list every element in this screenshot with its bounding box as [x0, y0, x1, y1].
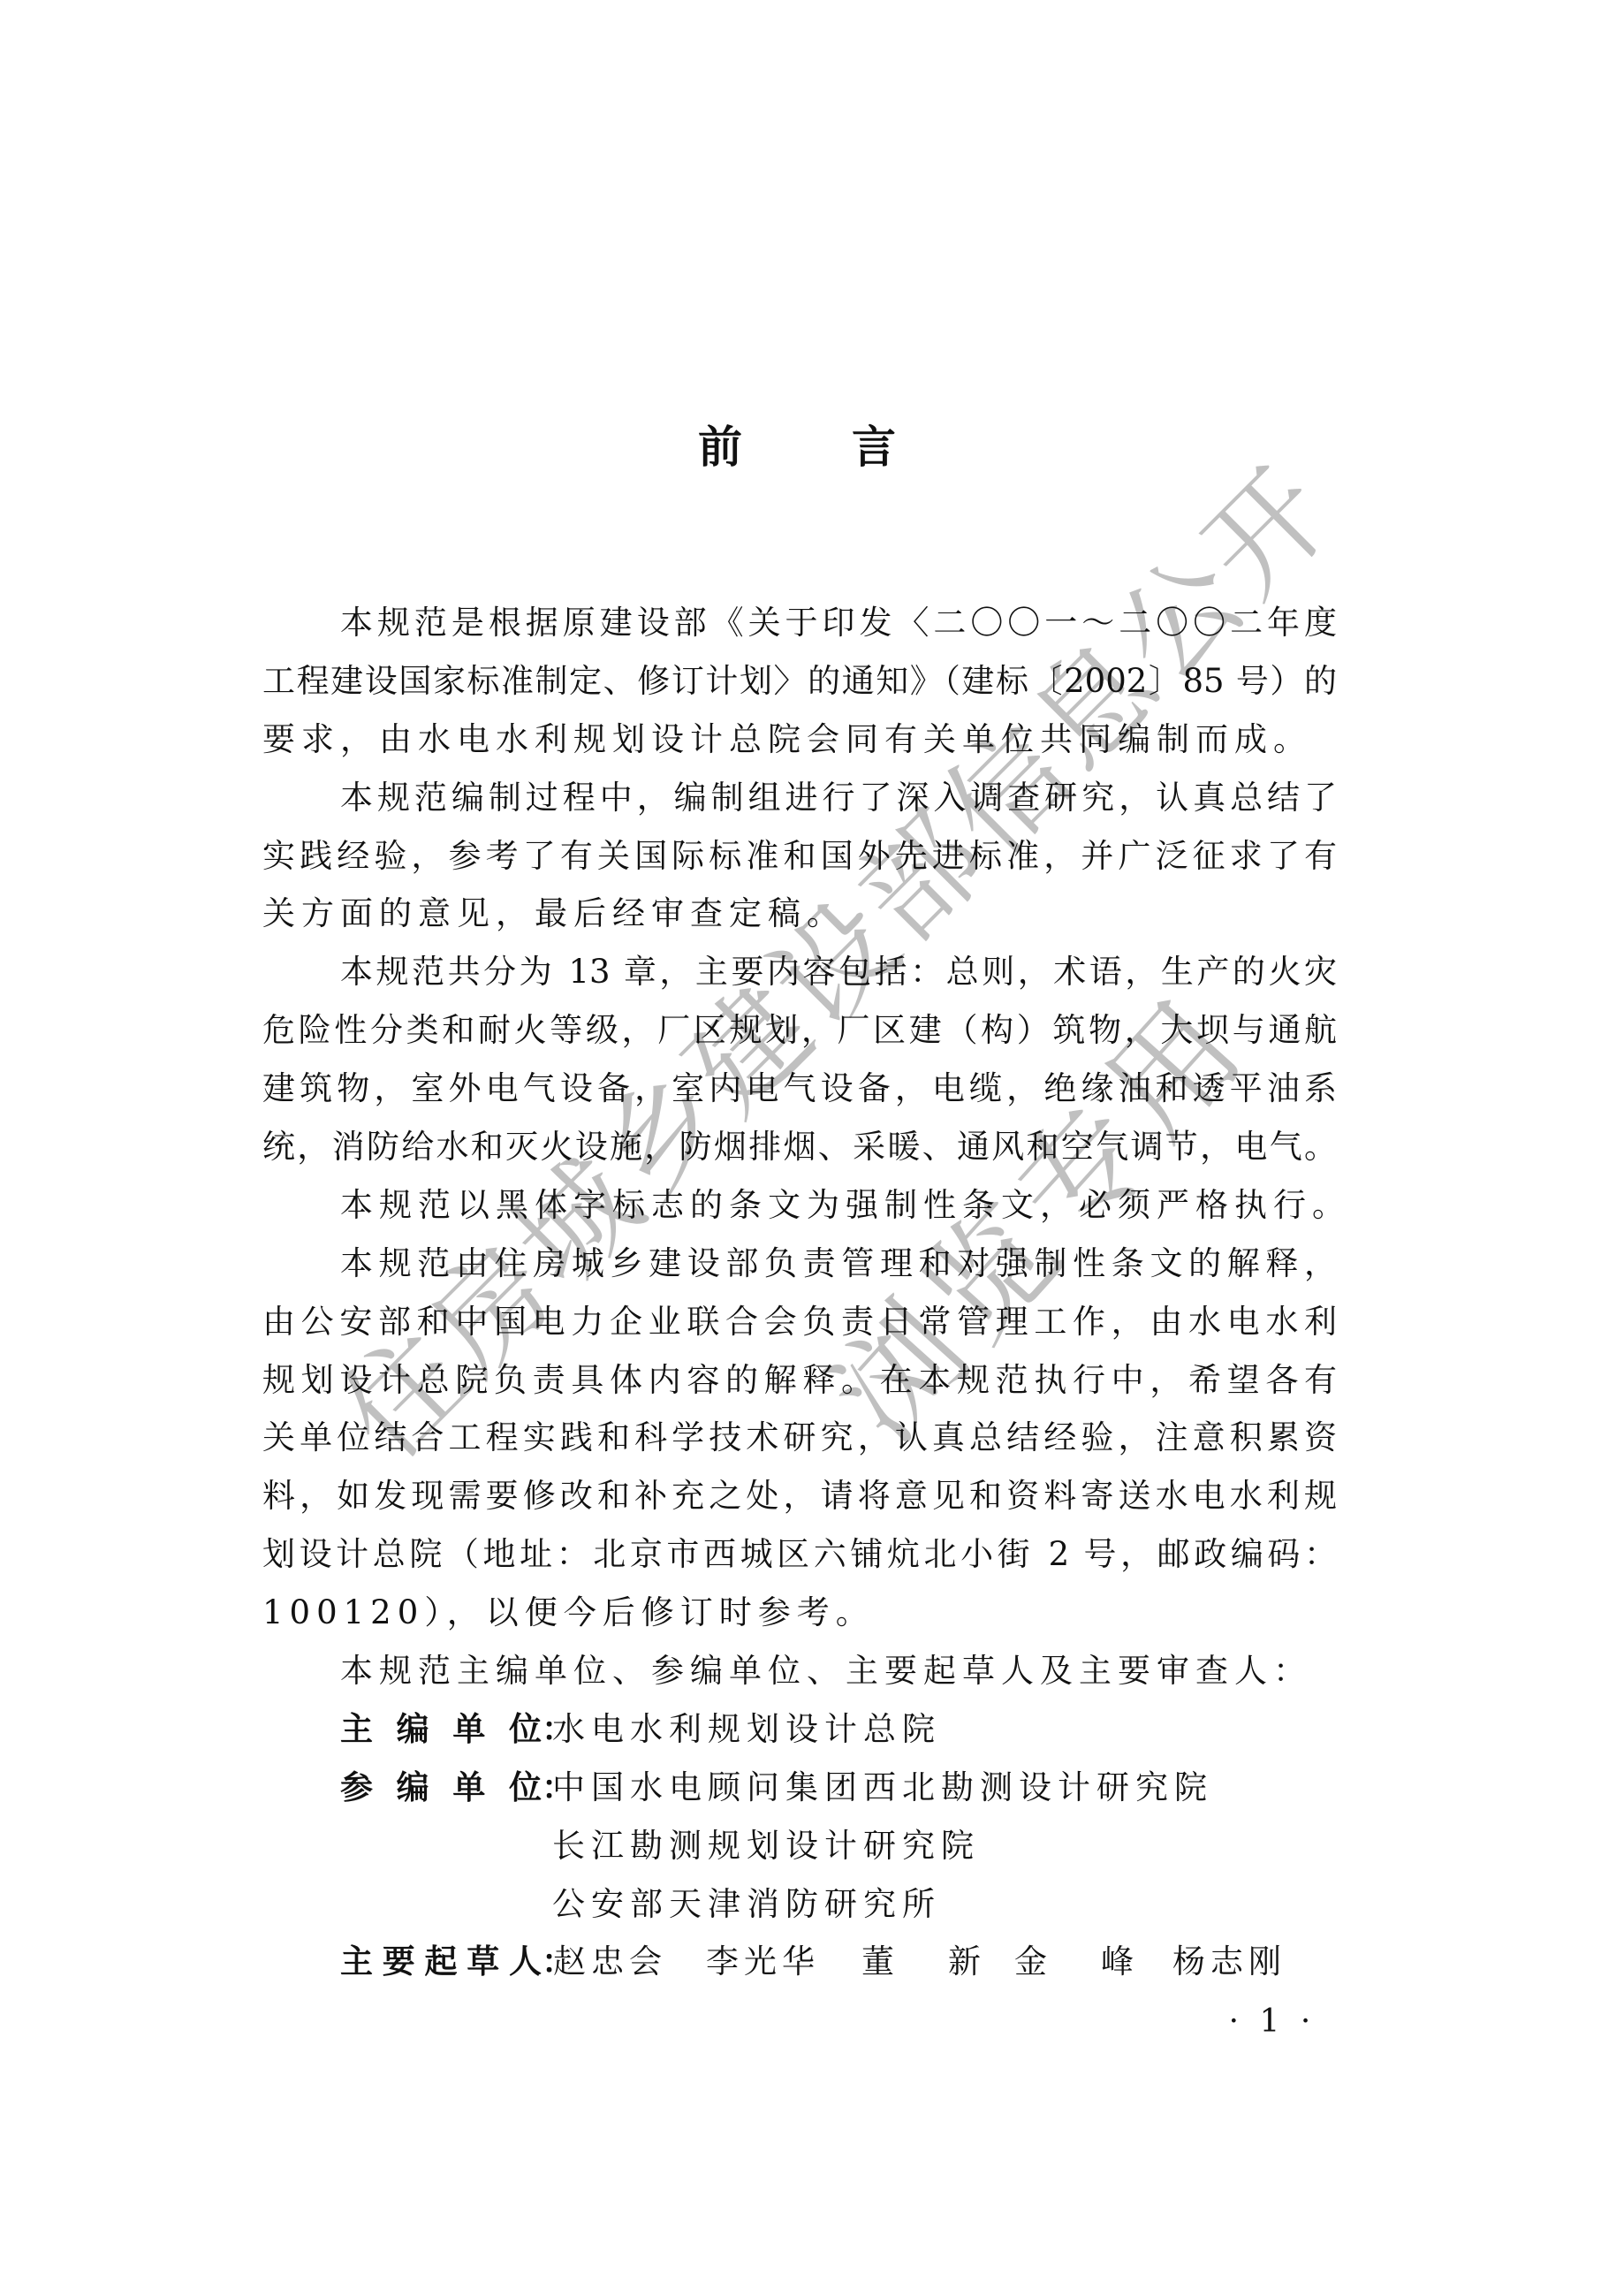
credit-row-participating-cont: 长江勘测规划设计研究院 — [262, 1817, 1337, 1875]
page-number: · 1 · — [1228, 2002, 1316, 2042]
preface-line: 本规范由住房城乡建设部负责管理和对强制性条文的解释， — [262, 1235, 1337, 1293]
credit-colon: ： — [542, 1759, 552, 1817]
preface-line: 关方面的意见，最后经审查定稿。 — [262, 885, 1337, 943]
credit-value: 中国水电顾问集团西北勘测设计研究院 — [552, 1759, 1213, 1817]
preface-line: 规划设计总院负责具体内容的解释。在本规范执行中，希望各有 — [262, 1351, 1337, 1410]
preface-line: 实践经验，参考了有关国际标准和国外先进标准，并广泛征求了有 — [262, 827, 1337, 886]
preface-line: 100120），以便今后修订时参考。 — [262, 1584, 1337, 1642]
preface-line: 划设计总院（地址：北京市西城区六铺炕北小街 2 号，邮政编码： — [262, 1525, 1337, 1584]
credit-label: 参编单位 — [340, 1759, 542, 1817]
credit-row-chief-editor: 主编单位 ： 水电水利规划设计总院 — [262, 1700, 1337, 1759]
page-title: 前 言 — [698, 421, 896, 474]
preface-line: 危险性分类和耐火等级，厂区规划，厂区建（构）筑物，大坝与通航 — [262, 1001, 1337, 1060]
credit-colon: ： — [542, 1700, 552, 1759]
preface-line: 建筑物，室外电气设备，室内电气设备，电缆，绝缘油和透平油系 — [262, 1060, 1337, 1118]
drafter-name: 杨志刚 — [1172, 1933, 1286, 1991]
preface-body: 本规范是根据原建设部《关于印发〈二〇〇一～二〇〇二年度工程建设国家标准制定、修订… — [262, 594, 1337, 1991]
title-char-1: 前 — [698, 421, 742, 474]
drafter-name: 赵忠会 — [553, 1933, 667, 1991]
preface-line: 本规范编制过程中，编制组进行了深入调查研究，认真总结了 — [262, 769, 1337, 827]
drafter-name: 金 峰 — [1014, 1933, 1144, 1991]
drafter-name: 李光华 — [706, 1933, 820, 1991]
credit-value: 水电水利规划设计总院 — [552, 1700, 941, 1759]
credit-colon: ： — [542, 1933, 552, 1991]
credit-value: 长江勘测规划设计研究院 — [552, 1817, 980, 1875]
credit-label: 主要起草人 — [340, 1933, 542, 1991]
preface-line: 本规范主编单位、参编单位、主要起草人及主要审查人： — [262, 1642, 1337, 1700]
title-char-2: 言 — [852, 421, 896, 474]
preface-line: 统，消防给水和灭火设施，防烟排烟、采暖、通风和空气调节，电气。 — [262, 1118, 1337, 1176]
document-page: 住房城乡建设部信息公开 浏览专用 前 言 本规范是根据原建设部《关于印发〈二〇〇… — [0, 0, 1601, 2296]
credit-value: 公安部天津消防研究所 — [552, 1875, 941, 1934]
preface-line: 由公安部和中国电力企业联合会负责日常管理工作，由水电水利 — [262, 1293, 1337, 1351]
preface-line: 关单位结合工程实践和科学技术研究，认真总结经验，注意积累资 — [262, 1409, 1337, 1467]
drafter-name: 董 新 — [861, 1933, 991, 1991]
credit-label: 主编单位 — [340, 1700, 542, 1759]
preface-line: 要求，由水电水利规划设计总院会同有关单位共同编制而成。 — [262, 711, 1337, 769]
preface-line: 本规范是根据原建设部《关于印发〈二〇〇一～二〇〇二年度 — [262, 594, 1337, 652]
preface-line: 工程建设国家标准制定、修订计划〉的通知》（建标〔2002〕85 号）的 — [262, 652, 1337, 711]
preface-line: 料，如发现需要修改和补充之处，请将意见和资料寄送水电水利规 — [262, 1467, 1337, 1525]
preface-paragraphs: 本规范是根据原建设部《关于印发〈二〇〇一～二〇〇二年度工程建设国家标准制定、修订… — [262, 594, 1337, 1700]
preface-line: 本规范共分为 13 章，主要内容包括：总则，术语，生产的火灾 — [262, 943, 1337, 1001]
credit-row-participating: 参编单位 ： 中国水电顾问集团西北勘测设计研究院 — [262, 1759, 1337, 1817]
credit-row-participating-cont: 公安部天津消防研究所 — [262, 1875, 1337, 1934]
credit-row-drafters: 主要起草人 ： 赵忠会 李光华 董 新 金 峰 杨志刚 — [262, 1933, 1337, 1991]
preface-line: 本规范以黑体字标志的条文为强制性条文，必须严格执行。 — [262, 1176, 1337, 1235]
